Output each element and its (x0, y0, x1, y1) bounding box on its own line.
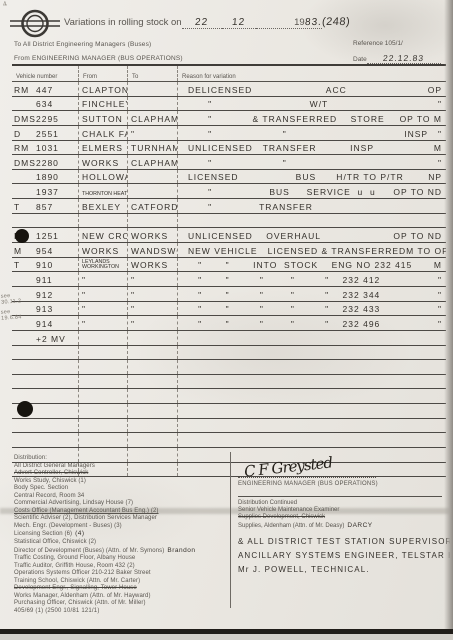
reason-code: INSP " (404, 129, 442, 139)
reason-code: " (438, 304, 442, 314)
table-row: DMS2280WORKSCLAPHAM " "" (12, 155, 446, 170)
to-cell (127, 331, 177, 345)
table-body: RM447CLAPTONDELICENSED ACCOP634FINCHLEY … (12, 82, 446, 477)
reason-code: M (434, 143, 442, 153)
to-cell: " (127, 272, 177, 286)
table-row: M954WORKSWANDSWORTHNEW VEHICLE LICENSED … (12, 243, 446, 258)
date-value-handwritten: 22.12.83 (383, 53, 425, 63)
from-cell: " (78, 287, 127, 301)
from-cell: FINCHLEY (78, 97, 127, 111)
from-cell (78, 404, 127, 418)
reason-cell: " " " " " 232 433" (177, 302, 446, 316)
col-header-reason: Reason for variation (177, 66, 446, 81)
title-count-handwritten: (248) (321, 16, 350, 28)
vehicle-cell: D2551 (12, 126, 78, 140)
reason-text: " " INTO STOCK ENG NO 232 415 (188, 260, 412, 270)
form-title: Variations in rolling stock on22121983.(… (64, 16, 350, 29)
reason-cell: " " INTO STOCK ENG NO 232 415M (177, 258, 446, 272)
from-text: " (82, 319, 86, 329)
from-cell: CLAPTON (78, 82, 127, 96)
vehicle-cell: T910 (12, 258, 78, 272)
distribution-item-text: Traffic Auditor, Griffith House, Room 43… (14, 563, 135, 569)
vehicle-cell: 914 (12, 316, 78, 330)
vehicle-number: 914 (36, 319, 53, 329)
vehicle-number: 634 (36, 99, 53, 109)
from-cell: " (78, 316, 127, 330)
reason-cell: " W/T" (177, 97, 446, 111)
form-number: 405/69 (1) (2500 10/81 121/1) (14, 608, 100, 614)
to-cell: WORKS (127, 228, 177, 242)
reason-code: M TO OP (406, 246, 446, 256)
from-cell (78, 375, 127, 389)
vehicle-number: 911 (36, 275, 53, 285)
reason-text: NEW VEHICLE LICENSED & TRANSFERRED (188, 246, 406, 256)
vehicle-prefix: M (12, 246, 36, 256)
vehicle-cell (12, 360, 78, 374)
signatory-title: ENGINEERING MANAGER (BUS OPERATIONS) (238, 481, 448, 487)
from-cell (78, 346, 127, 360)
column-divider (230, 452, 231, 608)
distribution-item-text: Works Manager, Aldenham (Attn. of Mr. Ha… (14, 593, 151, 599)
from-cell (78, 433, 127, 447)
reason-cell: " "INSP " (177, 126, 446, 140)
from-text: THORNTON HEATH (82, 192, 127, 197)
to-cell: " (127, 287, 177, 301)
reason-text: " & TRANSFERRED STORE (188, 114, 385, 124)
distribution-item: Central Record, Room 34 (14, 493, 226, 501)
from-line: From ENGINEERING MANAGER (BUS OPERATIONS… (14, 55, 183, 62)
vehicle-number: 1251 (36, 231, 59, 241)
reason-code: OP TO M (400, 114, 442, 124)
reason-cell (177, 214, 446, 228)
table-row: DMS2295SUTTONCLAPHAM " & TRANSFERRED STO… (12, 111, 446, 126)
to-text: TURNHAM G (131, 143, 177, 153)
to-cell (127, 184, 177, 198)
vehicle-cell: T857 (12, 199, 78, 213)
to-cell (127, 97, 177, 111)
from-text: ELMERS END (82, 143, 127, 153)
handwritten-note: DARCY (344, 522, 372, 529)
to-text: " (131, 304, 135, 314)
table-row: RM447CLAPTONDELICENSED ACCOP (12, 82, 446, 97)
vehicle-number: 857 (36, 202, 53, 212)
vehicle-number: 2280 (36, 158, 59, 168)
to-cell (127, 214, 177, 228)
hole-punch-mark (17, 401, 33, 417)
handwritten-note: Brandon (164, 547, 195, 554)
date-line: Date22.12.83 (353, 53, 441, 64)
reason-text: UNLICENSED TRANSFER INSP (188, 143, 374, 153)
table-row (12, 360, 446, 375)
reason-code: " (438, 290, 442, 300)
to-text: " (131, 319, 135, 329)
reason-text: " BUS SERVICE u u (188, 187, 376, 197)
reason-text: " W/T (188, 99, 328, 109)
vehicle-cell: 634 (12, 97, 78, 111)
from-cell: WORKS (78, 243, 127, 257)
to-text: WORKS (131, 260, 168, 270)
reason-cell: UNLICENSED TRANSFER INSPM (177, 141, 446, 155)
vehicle-cell: DMS2295 (12, 111, 78, 125)
distribution-item-text: Licensing Section (6) (14, 531, 72, 537)
vehicle-cell: 1890 (12, 170, 78, 184)
vehicle-cell (12, 433, 78, 447)
col-header-vehicle-number: Vehicle number (12, 66, 78, 81)
vehicle-prefix: RM (12, 143, 36, 153)
distribution-item: Works Manager, Aldenham (Attn. of Mr. Ha… (14, 593, 226, 601)
reason-cell (177, 346, 446, 360)
reason-cell (177, 419, 446, 433)
reason-cell: UNLICENSED OVERHAULOP TO ND (177, 228, 446, 242)
reason-cell: " "" (177, 155, 446, 169)
table-row: RM1031ELMERS ENDTURNHAM GUNLICENSED TRAN… (12, 141, 446, 156)
distribution-item: Operations Systems Officer 210-212 Baker… (14, 570, 226, 578)
to-cell (127, 389, 177, 403)
distribution-item: Body Spec. Section (14, 485, 226, 493)
vehicle-cell: DMS2280 (12, 155, 78, 169)
vehicle-cell: +2 MV (12, 331, 78, 345)
distribution-item: Supplies, Aldenham (Attn. of Mr. Deasy)D… (238, 522, 448, 530)
reason-code: M (434, 260, 442, 270)
reason-text: " " " " " 232 433 (188, 304, 380, 314)
distribution-item-text: Statistical Office, Chiswick (2) (14, 539, 96, 545)
to-cell: CATFORD (127, 199, 177, 213)
to-cell (127, 419, 177, 433)
reason-cell: " " " " " 232 496" (177, 316, 446, 330)
table-row (12, 375, 446, 390)
from-text: NEW CROSS (82, 231, 127, 241)
to-text: WANDSWORTH (131, 246, 177, 256)
table-row: RM1251NEW CROSSWORKSUNLICENSED OVERHAULO… (12, 228, 446, 243)
margin-note: see 30.11.2 (1, 292, 22, 305)
vehicle-number: 913 (36, 304, 53, 314)
handwritten-line: Mr J. POWELL, TECHNICAL. (238, 563, 448, 577)
vehicle-cell (12, 419, 78, 433)
table-row: 634FINCHLEY " W/T" (12, 97, 446, 112)
from-cell (78, 360, 127, 374)
table-row: 911"" " " " " " 232 412" (12, 272, 446, 287)
to-text: WORKS (131, 231, 168, 241)
title-month-handwritten: 12 (232, 17, 246, 28)
vehicle-number: 447 (36, 85, 53, 95)
to-text: CATFORD (131, 202, 177, 212)
reason-cell: DELICENSED ACCOP (177, 82, 446, 96)
hole-punch-mark (15, 229, 29, 243)
distribution-continued-heading: Distribution Continued (238, 500, 448, 507)
reason-text: " " (188, 158, 287, 168)
handwritten-additions: & ALL DISTRICT TEST STATION SUPERVISORSA… (238, 535, 448, 577)
vehicle-cell (12, 375, 78, 389)
table-row: 913"" " " " " " 232 433" (12, 302, 446, 317)
reason-cell: LICENSED BUS H/TR TO P/TRNP (177, 170, 446, 184)
to-cell: CLAPHAM (127, 111, 177, 125)
reason-code: " (438, 158, 442, 168)
to-cell: WORKS (127, 258, 177, 272)
table-row: 912"" " " " " " 232 344" (12, 287, 446, 302)
distribution-item: Senior Vehicle Maintenance Examiner (238, 507, 448, 514)
distribution-item-text: Commercial Advertising, Lindsay House (7… (14, 500, 133, 506)
vehicle-cell: 912 (12, 287, 78, 301)
distribution-item-text: Body Spec. Section (14, 485, 68, 491)
reason-text: " TRANSFER (188, 202, 313, 212)
vehicle-prefix: D (12, 129, 36, 139)
distribution-item: Traffic Costing, Ground Floor, Albany Ho… (14, 555, 226, 563)
from-cell: THORNTON HEATH (78, 184, 127, 198)
to-cell (127, 360, 177, 374)
distribution-item: Purchasing Officer, Chiswick (Attn. of M… (14, 600, 226, 608)
from-cell: WORKS (78, 155, 127, 169)
table-row (12, 346, 446, 361)
vehicle-cell (12, 214, 78, 228)
distribution-item: Costs Office (Management Accountant Bus … (14, 508, 226, 516)
distribution-item: Director of Development (Buses) (Attn. o… (14, 547, 226, 556)
vehicle-number: 912 (36, 290, 53, 300)
title-print-text: Variations in rolling stock on (64, 17, 182, 28)
to-cell (127, 82, 177, 96)
reference-line: Reference 105/1/ (353, 40, 403, 47)
to-cell: TURNHAM G (127, 141, 177, 155)
title-day-handwritten: 22 (195, 17, 209, 28)
to-cell: " (127, 316, 177, 330)
from-cell (78, 331, 127, 345)
to-cell: CLAPHAM (127, 155, 177, 169)
reason-text: " " (188, 129, 287, 139)
distribution-item-text: Director of Development (Buses) (Attn. o… (14, 548, 164, 554)
distribution-item: All District General Managers (14, 463, 226, 471)
distribution-item: Statistical Office, Chiswick (2) (14, 539, 226, 547)
signature-block: C F Greysted ENGINEERING MANAGER (BUS OP… (238, 454, 448, 577)
vehicle-prefix: DMS (12, 158, 36, 168)
distribution-item: Licensing Section (6)(4) (14, 530, 226, 539)
table-row (12, 214, 446, 229)
reason-cell: " & TRANSFERRED STOREOP TO M (177, 111, 446, 125)
vehicle-cell: M954 (12, 243, 78, 257)
to-cell (127, 433, 177, 447)
distribution-item-text: Supplies, Aldenham (Attn. of Mr. Deasy) (238, 523, 344, 529)
vehicle-prefix: T (12, 202, 36, 212)
from-cell (78, 389, 127, 403)
distribution-list: Distribution: All District General Manag… (14, 455, 226, 608)
table-row: 914"" " " " " " 232 496" (12, 316, 446, 331)
distribution-item-text: Central Record, Room 34 (14, 493, 84, 499)
vehicle-cell (12, 346, 78, 360)
table-row (12, 389, 446, 404)
reason-cell (177, 433, 446, 447)
vehicle-number: 910 (36, 260, 53, 270)
distribution-heading: Distribution: (14, 455, 226, 463)
from-cell: " (78, 302, 127, 316)
from-text: " (82, 290, 86, 300)
vehicle-number: 1937 (36, 187, 59, 197)
from-text: " (82, 304, 86, 314)
scan-bottom-margin (0, 634, 453, 640)
vehicle-number: 2551 (36, 129, 59, 139)
from-text: CLAPTON (82, 85, 127, 95)
from-text: FINCHLEY (82, 99, 127, 109)
to-text: CLAPHAM (131, 114, 177, 124)
from-text: BEXLEY (82, 202, 121, 212)
distribution-items: All District General ManagersAdvert Cont… (14, 463, 226, 608)
to-cell: WANDSWORTH (127, 243, 177, 257)
reason-cell: " " " " " 232 344" (177, 287, 446, 301)
reason-text: LICENSED BUS H/TR TO P/TR (188, 172, 404, 182)
reason-cell: " TRANSFER (177, 199, 446, 213)
to-cell: " (127, 302, 177, 316)
reason-text: " " " " " 232 412 (188, 275, 380, 285)
distribution-item: Works Study, Chiswick (1) (14, 478, 226, 486)
distribution-item-text: Traffic Costing, Ground Floor, Albany Ho… (14, 555, 135, 561)
reason-cell: NEW VEHICLE LICENSED & TRANSFERREDM TO O… (177, 243, 446, 257)
vehicle-number: 1890 (36, 172, 59, 182)
vehicle-cell: 911 (12, 272, 78, 286)
distribution-item-text: Works Study, Chiswick (1) (14, 478, 86, 484)
vehicle-cell: RM1031 (12, 141, 78, 155)
distribution-item-text: Costs Office (Management Accountant Bus … (14, 508, 159, 514)
reason-cell (177, 389, 446, 403)
reason-code: OP TO ND (393, 187, 442, 197)
table-row: 1937THORNTON HEATH " BUS SERVICE u uOP T… (12, 184, 446, 199)
distribution-continued-list: Distribution Continued Senior Vehicle Ma… (238, 500, 448, 577)
table-row (12, 404, 446, 419)
table-row (12, 433, 446, 448)
reason-code: " (438, 99, 442, 109)
table-row: 1890HOLLOWAYLICENSED BUS H/TR TO P/TRNP (12, 170, 446, 185)
margin-note: see 19.6.84 (1, 308, 22, 321)
distribution-item-text: All District General Managers (14, 463, 95, 469)
distribution-item-text: Purchasing Officer, Chiswick (Attn. of M… (14, 600, 146, 606)
handwritten-line: & ALL DISTRICT TEST STATION SUPERVISORS (238, 535, 448, 549)
transport-roundel-logo (10, 6, 60, 42)
vehicle-number: +2 MV (36, 334, 66, 344)
reason-text: " " " " " 232 496 (188, 319, 380, 329)
reason-code: OP TO ND (393, 231, 442, 241)
to-text: CLAPHAM (131, 158, 177, 168)
distribution-item: Training School, Chiswick (Attn. of Mr. … (14, 578, 226, 586)
distribution-item: Supplies Development, Chiswick (238, 514, 448, 521)
to-line: To All District Engineering Managers (Bu… (14, 41, 151, 48)
from-text: HOLLOWAY (82, 172, 127, 182)
reason-text: " " " " " 232 344 (188, 290, 380, 300)
vehicle-cell: 1937 (12, 184, 78, 198)
to-cell (127, 170, 177, 184)
table-row: T910LEYLANDSWORKINGTONWORKS " " INTO STO… (12, 258, 446, 273)
from-cell: HOLLOWAY (78, 170, 127, 184)
to-text: " (131, 275, 135, 285)
section-rule (238, 496, 442, 497)
vehicle-prefix: DMS (12, 114, 36, 124)
from-cell: BEXLEY (78, 199, 127, 213)
distribution-item: Development Engr., Signalling, Tower Hou… (14, 585, 226, 593)
distribution-item: Commercial Advertising, Lindsay House (7… (14, 500, 226, 508)
distribution-item-text: Advert Controller, Chiswick (14, 470, 88, 476)
title-year-handwritten: 83. (304, 17, 322, 28)
vehicle-number: 1031 (36, 143, 59, 153)
table-row: T857BEXLEYCATFORD " TRANSFER (12, 199, 446, 214)
table-row: D2551CHALK FARM" " "INSP " (12, 126, 446, 141)
pencil-mark: 4 (2, 0, 9, 8)
signature-script: C F Greysted (243, 453, 333, 480)
distribution-item-text: Senior Vehicle Maintenance Examiner (238, 507, 339, 513)
distribution-item: Traffic Auditor, Griffith House, Room 43… (14, 563, 226, 571)
reason-code: NP (428, 172, 442, 182)
to-cell (127, 346, 177, 360)
vehicle-number: 2295 (36, 114, 59, 124)
to-text: " (131, 129, 135, 139)
scan-edge-shadow (444, 0, 453, 640)
to-cell: " (127, 126, 177, 140)
reason-cell: " " " " " 232 412" (177, 272, 446, 286)
distribution-item-text: Development Engr., Signalling, Tower Hou… (14, 585, 137, 591)
vehicle-prefix: T (12, 260, 36, 270)
table-row (12, 419, 446, 434)
table-row: +2 MV (12, 331, 446, 346)
from-cell: ELMERS END (78, 141, 127, 155)
scanned-document-page: 4 Variations in rolling stock on22121983… (0, 0, 453, 640)
date-label: Date (353, 56, 367, 63)
distribution-item-text: Scientific Adviser (2), Distribution Ser… (14, 515, 157, 521)
vehicle-number: 954 (36, 246, 53, 256)
from-text: WORKS (82, 246, 119, 256)
to-cell (127, 404, 177, 418)
reason-cell (177, 404, 446, 418)
reason-code: " (438, 275, 442, 285)
from-text: SUTTON (82, 114, 123, 124)
from-text-line2: WORKINGTON (82, 265, 119, 270)
from-cell: NEW CROSS (78, 228, 127, 242)
to-text: " (131, 290, 135, 300)
col-header-from: From (78, 66, 127, 81)
from-text: CHALK FARM (82, 129, 127, 139)
from-cell: " (78, 272, 127, 286)
distribution-item: Mech. Engr. (Development - Buses) (3) (14, 523, 226, 531)
distribution-item: Advert Controller, Chiswick (14, 470, 226, 478)
table-header-row: Vehicle number From To Reason for variat… (12, 66, 446, 82)
reason-text: DELICENSED ACC (188, 85, 347, 95)
distribution-item-text: Mech. Engr. (Development - Buses) (3) (14, 523, 122, 529)
distribution-continued-items: Senior Vehicle Maintenance ExaminerSuppl… (238, 507, 448, 530)
reason-code: OP (428, 85, 442, 95)
distribution-item-text: Training School, Chiswick (Attn. of Mr. … (14, 578, 140, 584)
distribution-item-text: Operations Systems Officer 210-212 Baker… (14, 570, 151, 576)
handwritten-line: ANCILLARY SYSTEMS ENGINEER, TELSTAR HOUS… (238, 549, 448, 563)
from-text: " (82, 275, 86, 285)
vehicle-prefix: RM (12, 85, 36, 95)
to-cell (127, 375, 177, 389)
reason-cell (177, 360, 446, 374)
from-cell: CHALK FARM (78, 126, 127, 140)
from-cell: LEYLANDSWORKINGTON (78, 258, 127, 272)
variations-table: Vehicle number From To Reason for variat… (12, 64, 446, 477)
handwritten-note: (4) (72, 530, 84, 537)
title-year-print: 19 (294, 17, 305, 28)
distribution-item-text: Supplies Development, Chiswick (238, 514, 325, 520)
reason-cell (177, 375, 446, 389)
from-text: WORKS (82, 158, 119, 168)
reason-cell (177, 331, 446, 345)
vehicle-cell: 913 (12, 302, 78, 316)
from-cell: SUTTON (78, 111, 127, 125)
from-cell (78, 214, 127, 228)
col-header-to: To (127, 66, 177, 81)
distribution-item: Scientific Adviser (2), Distribution Ser… (14, 515, 226, 523)
from-cell (78, 419, 127, 433)
reason-text: UNLICENSED OVERHAUL (188, 231, 321, 241)
reason-code: " (438, 319, 442, 329)
vehicle-cell: RM447 (12, 82, 78, 96)
reason-cell: " BUS SERVICE u uOP TO ND (177, 184, 446, 198)
